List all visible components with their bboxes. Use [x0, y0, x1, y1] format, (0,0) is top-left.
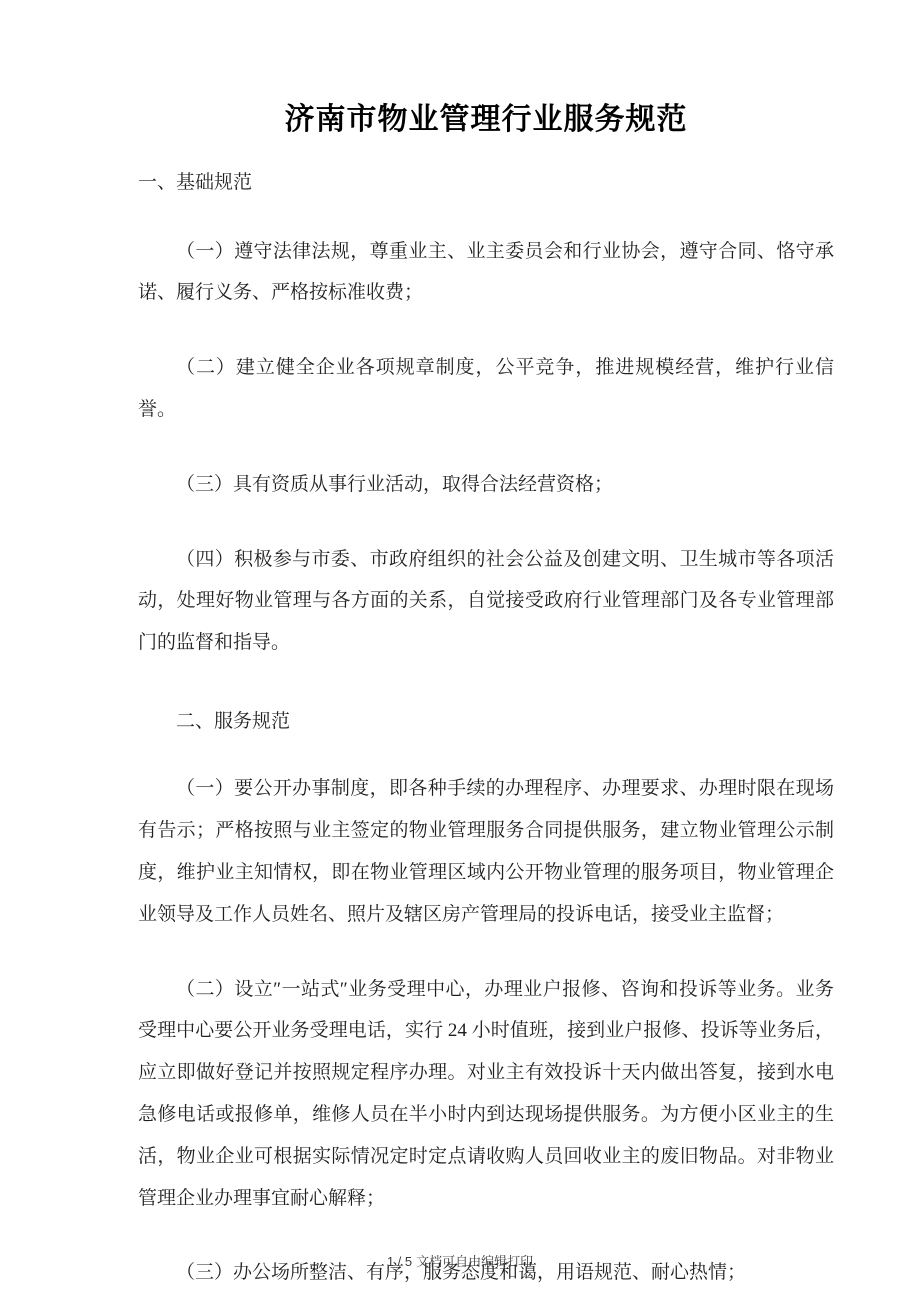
footer-note: 文档可自由编辑打印 [416, 1254, 533, 1269]
page-footer: 1 / 5文档可自由编辑打印 [0, 1251, 920, 1270]
paragraph-service-1: （一）要公开办事制度，即各种手续的办理程序、办理要求、办理时限在现场有告示；严格… [138, 768, 834, 935]
paragraph-basics-2: （二）建立健全企业各项规章制度，公平竞争，推进规模经营，维护行业信誉。 [138, 347, 834, 431]
page-number: 1 / 5 [387, 1254, 412, 1269]
paragraph-basics-3: （三）具有资质从事行业活动，取得合法经营资格； [138, 464, 834, 506]
document-content: 济南市物业管理行业服务规范 一、基础规范 （一）遵守法律法规，尊重业主、业主委员… [0, 0, 920, 1294]
section-heading-basics: 一、基础规范 [138, 169, 834, 197]
section-heading-service: 二、服务规范 [138, 708, 834, 736]
paragraph-service-2: （二）设立″一站式″业务受理中心，办理业户报修、咨询和投诉等业务。业务受理中心要… [138, 969, 834, 1220]
paragraph-basics-4: （四）积极参与市委、市政府组织的社会公益及创建文明、卫生城市等各项活动，处理好物… [138, 539, 834, 664]
paragraph-basics-1: （一）遵守法律法规，尊重业主、业主委员会和行业协会，遵守合同、恪守承诺、履行义务… [138, 231, 834, 315]
document-page: 济南市物业管理行业服务规范 一、基础规范 （一）遵守法律法规，尊重业主、业主委员… [0, 0, 920, 1302]
document-title: 济南市物业管理行业服务规范 [138, 0, 834, 139]
